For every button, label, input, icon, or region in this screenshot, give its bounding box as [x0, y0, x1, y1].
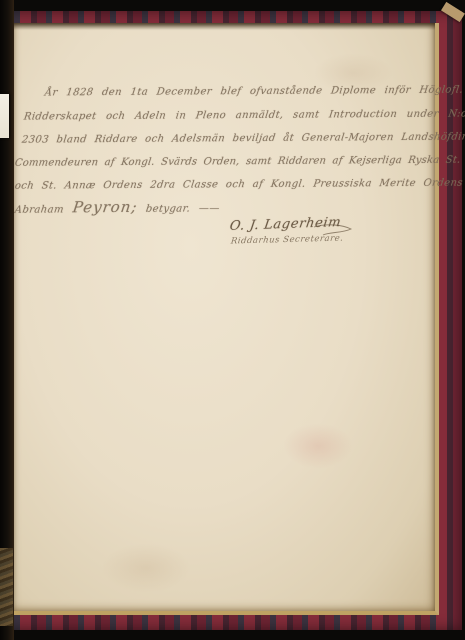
- manuscript-line: Commendeuren af Kongl. Svärds Orden, sam…: [14, 154, 465, 170]
- manuscript-line: Ridderskapet och Adeln in Pleno anmäldt,…: [23, 108, 465, 123]
- manuscript-line: och St. Annæ Ordens 2dra Classe och af K…: [14, 177, 465, 192]
- manuscript-line: 2303 bland Riddare och Adelsmän beviljad…: [21, 131, 465, 146]
- manuscript-line: År 1828 den 1ta December blef ofvanståen…: [44, 85, 464, 100]
- photo-background: År 1828 den 1ta December blef ofvanståen…: [0, 0, 465, 640]
- attest-pre: Abraham: [14, 204, 65, 215]
- attest-post: betygar. ——: [145, 203, 220, 215]
- attest-name: Peyron;: [72, 198, 139, 216]
- signature-title: Riddarhus Secreterare.: [230, 234, 344, 247]
- paper-stain: [101, 543, 191, 593]
- manuscript-page: År 1828 den 1ta December blef ofvanståen…: [13, 23, 439, 615]
- spine-frayed-edge: [0, 548, 13, 626]
- binding-corner-fold: [441, 2, 465, 22]
- page-top-shadow: [13, 23, 435, 30]
- book-spine: [0, 0, 14, 640]
- paper-stain: [283, 423, 353, 469]
- manuscript-attest-line: Abraham Peyron; betygar. ——: [14, 200, 221, 216]
- page-edge-sliver: [0, 94, 9, 138]
